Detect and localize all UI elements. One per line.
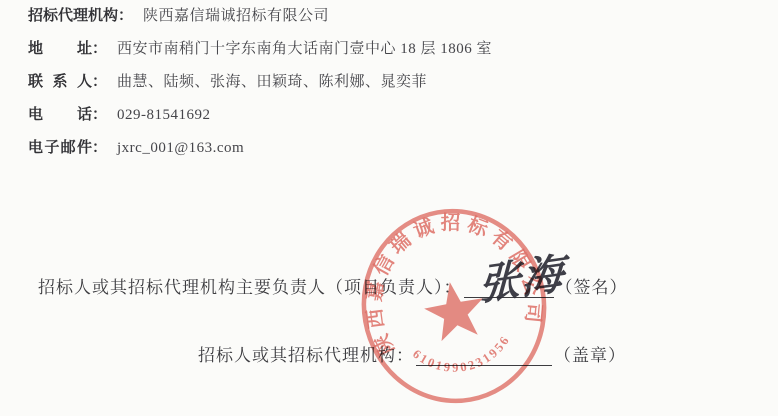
- info-row-agency: 招标代理机构：陕西嘉信瑞诚招标有限公司: [28, 4, 492, 28]
- org-seal-blank: [416, 347, 552, 366]
- contacts-colon: ：: [92, 74, 107, 90]
- company-stamp-svg: 陕西嘉信瑞诚招标有限公司 6101990231956: [344, 191, 564, 416]
- contacts-label: 联系人: [28, 70, 92, 94]
- agency-info-block: 招标代理机构：陕西嘉信瑞诚招标有限公司 地址：西安市南稍门十字东南角大话南门壹中…: [28, 4, 492, 169]
- org-seal-label: 招标人或其招标代理机构：: [198, 346, 414, 365]
- phone-value: 029-81541692: [117, 107, 211, 123]
- info-row-email: 电子邮件：jxrc_001@163.com: [28, 136, 492, 160]
- info-row-address: 地址：西安市南稍门十字东南角大话南门壹中心 18 层 1806 室: [28, 37, 492, 61]
- agency-label: 招标代理机构: [28, 8, 118, 24]
- address-value: 西安市南稍门十字东南角大话南门壹中心 18 层 1806 室: [117, 41, 492, 57]
- company-stamp: 陕西嘉信瑞诚招标有限公司 6101990231956: [344, 191, 564, 416]
- email-value: jxrc_001@163.com: [117, 140, 244, 156]
- leader-signature-blank: 张海: [464, 279, 554, 298]
- info-row-phone: 电话：029-81541692: [28, 103, 492, 127]
- scanned-tender-document-page: 招标代理机构：陕西嘉信瑞诚招标有限公司 地址：西安市南稍门十字东南角大话南门壹中…: [0, 0, 778, 416]
- contacts-value: 曲慧、陆频、张海、田颖琦、陈利娜、晁奕菲: [117, 74, 427, 90]
- handwritten-signature: 张海: [478, 252, 565, 307]
- agency-colon: ：: [118, 8, 133, 24]
- email-colon: ：: [92, 140, 107, 156]
- leader-signature-line: 招标人或其招标代理机构主要负责人（项目负责人）：张海（签名）: [38, 273, 628, 298]
- leader-signature-suffix: （签名）: [556, 278, 628, 297]
- info-row-contacts: 联系人：曲慧、陆频、张海、田颖琦、陈利娜、晁奕菲: [28, 70, 492, 94]
- stamp-outer-ring: [349, 197, 559, 415]
- org-seal-suffix: （盖章）: [554, 346, 626, 365]
- address-label: 地址: [28, 37, 92, 61]
- org-seal-line: 招标人或其招标代理机构：（盖章）: [198, 341, 626, 366]
- address-colon: ：: [92, 41, 107, 57]
- agency-value: 陕西嘉信瑞诚招标有限公司: [143, 8, 329, 24]
- phone-label: 电话: [28, 103, 92, 127]
- leader-signature-label: 招标人或其招标代理机构主要负责人（项目负责人）：: [38, 278, 462, 297]
- phone-colon: ：: [92, 107, 107, 123]
- email-label: 电子邮件: [28, 136, 92, 160]
